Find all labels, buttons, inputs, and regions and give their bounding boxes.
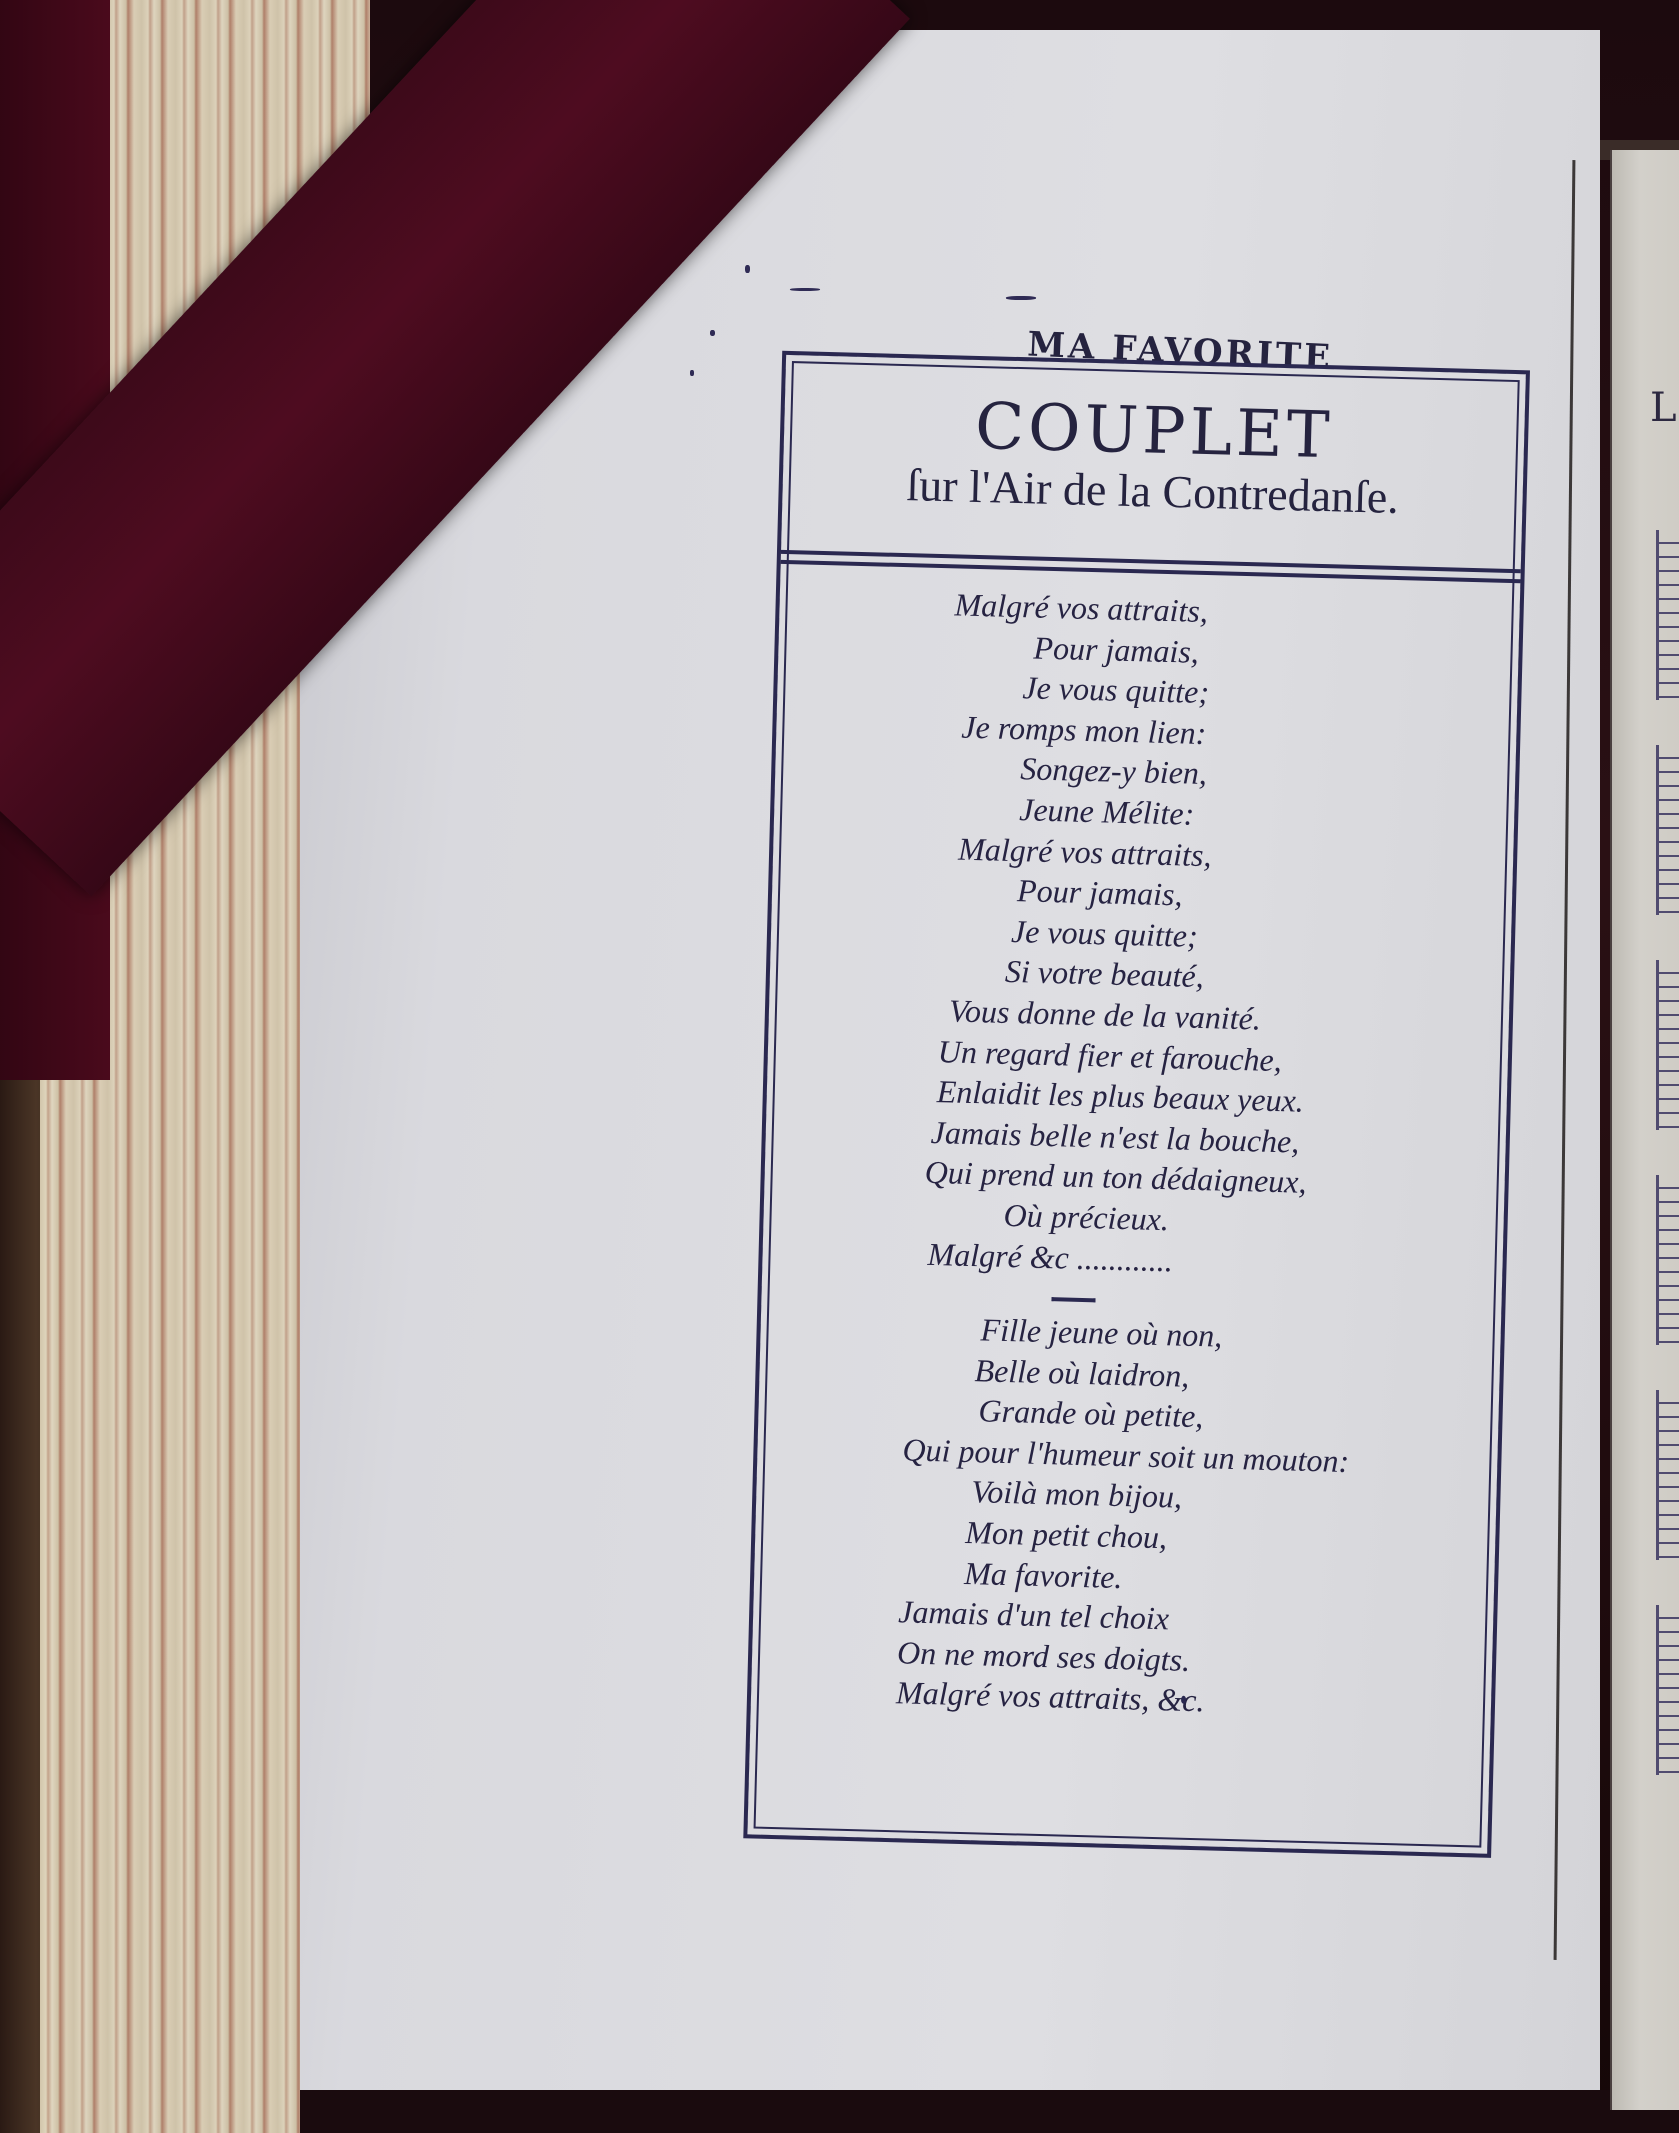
music-staff — [1656, 1605, 1679, 1775]
verse: Malgré vos attraits, Pour jamais, Je vou… — [751, 580, 1520, 1729]
ink-speck — [690, 370, 694, 376]
book-photo: LE MA FAVORITE COUPLET ſur l'Air de la C… — [0, 0, 1679, 2133]
recto-page — [1610, 150, 1679, 2110]
ruled-frame: COUPLET ſur l'Air de la Contredanſe. Mal… — [743, 351, 1530, 1858]
title-block: COUPLET ſur l'Air de la Contredanſe. — [782, 385, 1525, 527]
title-rule — [781, 550, 1521, 583]
music-staff — [1656, 530, 1679, 700]
engraved-plate: MA FAVORITE COUPLET ſur l'Air de la Cont… — [656, 239, 1570, 1941]
music-staff — [1656, 745, 1679, 915]
recto-heading-fragment: LE — [1650, 385, 1679, 431]
music-staff — [1656, 1175, 1679, 1345]
music-staff — [1656, 960, 1679, 1130]
music-staff — [1656, 1390, 1679, 1560]
bottom-shadow — [300, 2090, 1679, 2133]
